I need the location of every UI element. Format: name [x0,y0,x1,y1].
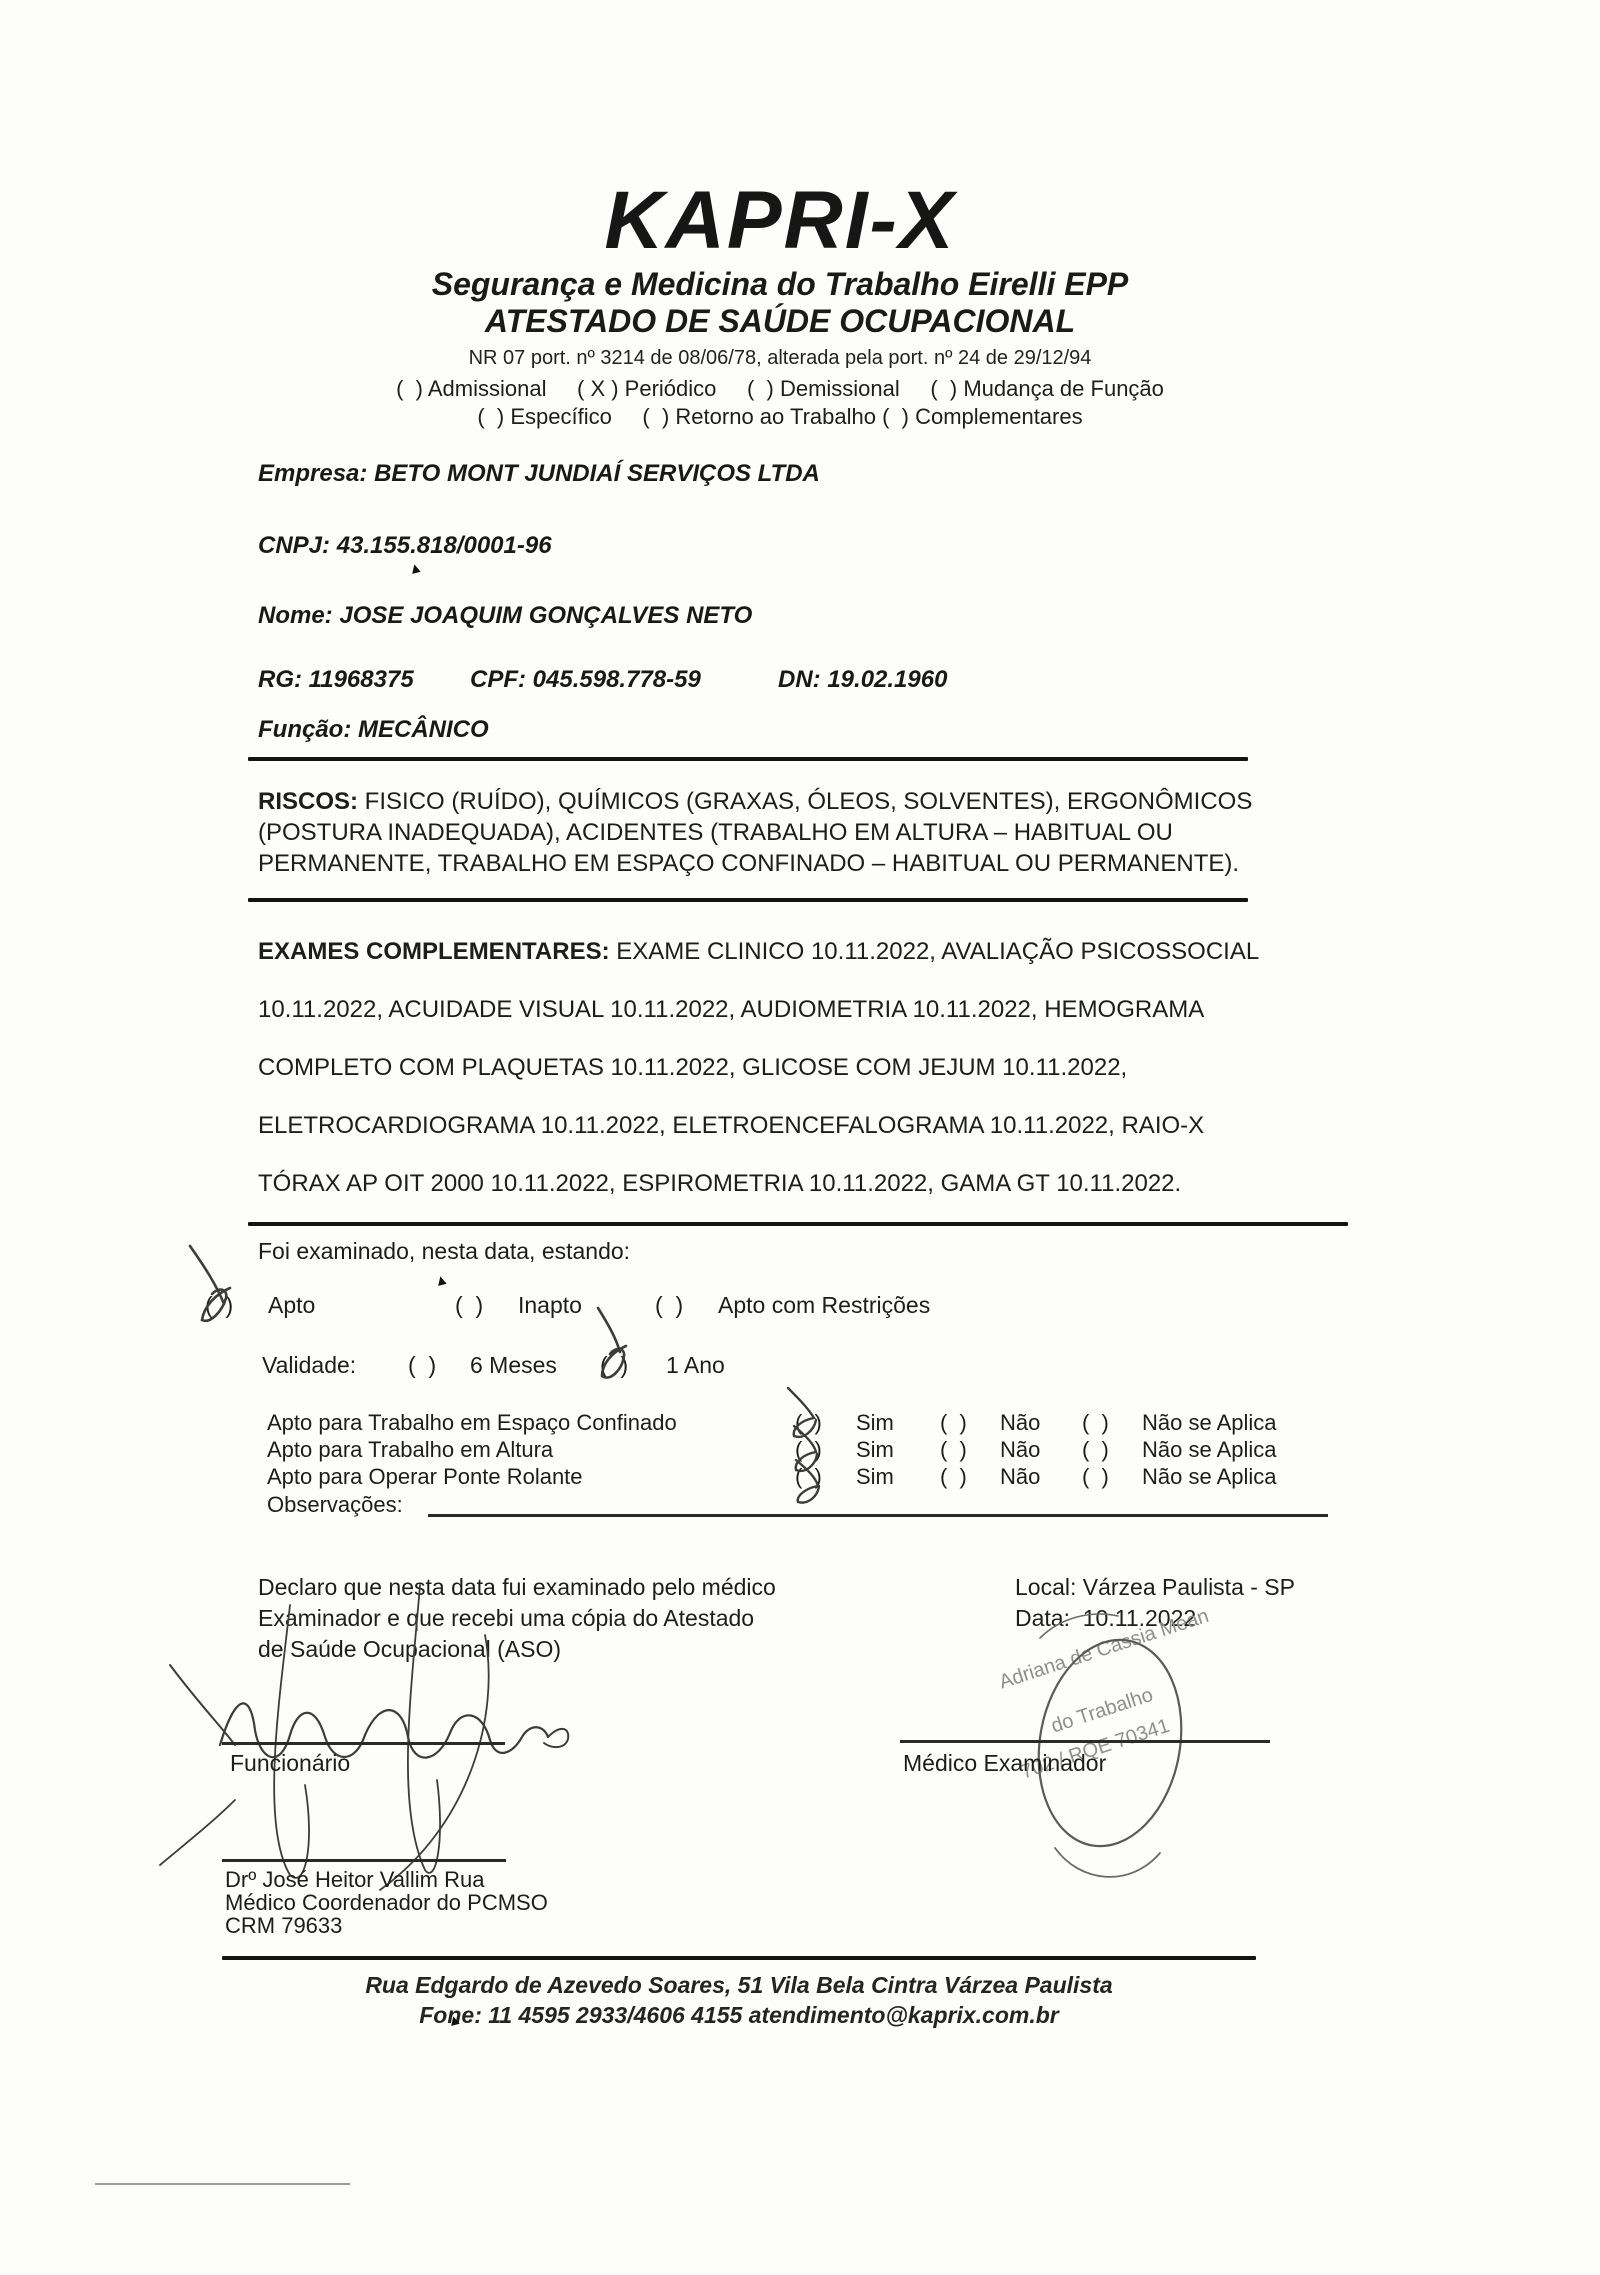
aptitude-row-label: Apto para Operar Ponte Rolante [267,1464,583,1490]
checkbox-nao-2: ( ) [940,1437,967,1463]
coordenador-nome: Drº José Heitor Vallim Rua [225,1868,484,1891]
checkbox-6meses: ( ) [408,1352,436,1379]
coordenador-crm: CRM 79633 [225,1914,342,1937]
field-nome: Nome: JOSE JOAQUIM GONÇALVES NETO [258,602,752,630]
label-1ano: 1 Ano [666,1352,725,1379]
empresa-label: Empresa: [258,460,367,487]
field-dn: DN: 19.02.1960 [778,666,947,694]
exames-line-2: 10.11.2022, ACUIDADE VISUAL 10.11.2022, … [258,996,1204,1024]
handwritten-check-1ano [588,1306,648,1386]
nome-value: JOSE JOAQUIM GONÇALVES NETO [339,602,752,629]
coordenador-cargo: Médico Coordenador do PCMSO [225,1891,548,1914]
field-cpf: CPF: 045.598.778-59 [470,666,701,694]
field-empresa: Empresa: BETO MONT JUNDIAÍ SERVIÇOS LTDA [258,460,820,488]
aptitude-row-label: Apto para Trabalho em Altura [267,1437,553,1463]
rg-value: 11968375 [309,666,414,693]
label-nao-3: Não [1000,1464,1040,1490]
exames-line-3: COMPLETO COM PLAQUETAS 10.11.2022, GLICO… [258,1054,1127,1082]
divider-rule [248,757,1248,761]
document-title: ATESTADO DE SAÚDE OCUPACIONAL [180,303,1380,340]
handwritten-check-apto [186,1242,256,1328]
exames-line-4: ELETROCARDIOGRAMA 10.11.2022, ELETROENCE… [258,1112,1204,1140]
footer-phone: Fone: 11 4595 2933/4606 4155 atendimento… [222,2002,1256,2029]
cpf-label: CPF: [470,666,526,693]
empresa-value: BETO MONT JUNDIAÍ SERVIÇOS LTDA [374,460,820,487]
field-cnpj: CNPJ: 43.155.818/0001-96 [258,532,552,560]
header-subtitle: Segurança e Medicina do Trabalho Eirelli… [180,266,1380,303]
label-sim-3: Sim [856,1464,894,1490]
label-nsa-2: Não se Aplica [1142,1437,1277,1463]
field-funcao: Função: MECÂNICO [258,716,489,744]
label-nao-1: Não [1000,1410,1040,1436]
riscos-text: FISICO (RUÍDO), QUÍMICOS (GRAXAS, ÓLEOS,… [258,788,1252,877]
funcionario-signature-line [222,1742,505,1745]
field-rg: RG: 11968375 [258,666,414,694]
scanned-aso-document: KAPRI-X Segurança e Medicina do Trabalho… [0,0,1600,2275]
label-apto-restricoes: Apto com Restrições [718,1292,930,1319]
riscos-paragraph: RISCOS: FISICO (RUÍDO), QUÍMICOS (GRAXAS… [258,786,1278,879]
label-nsa-3: Não se Aplica [1142,1464,1277,1490]
rg-label: RG: [258,666,302,693]
label-apto: Apto [268,1292,315,1319]
checkbox-inapto: ( ) [455,1292,483,1319]
checkbox-nsa-1: ( ) [1082,1410,1109,1436]
funcionario-label: Funcionário [230,1750,350,1777]
result-intro: Foi examinado, nesta data, estando: [258,1238,630,1265]
dn-value: 19.02.1960 [827,666,947,693]
checkbox-nao-1: ( ) [940,1410,967,1436]
funcao-label: Função: [258,716,351,743]
label-sim-2: Sim [856,1437,894,1463]
exam-type-options-line1: ( ) Admissional ( X ) Periódico ( ) Demi… [180,376,1380,402]
local-value: Várzea Paulista - SP [1083,1574,1295,1600]
observacoes-label: Observações: [267,1492,403,1518]
cpf-value: 045.598.778-59 [533,666,701,693]
label-sim-1: Sim [856,1410,894,1436]
handwritten-check-sim-rows [780,1386,842,1506]
funcionario-signature [140,1545,620,1905]
norm-reference: NR 07 port. nº 3214 de 08/06/78, alterad… [180,347,1380,370]
checkbox-nsa-3: ( ) [1082,1464,1109,1490]
observacoes-blank-line [428,1514,1328,1517]
dn-label: DN: [778,666,821,693]
cnpj-value: 43.155.818/0001-96 [337,532,552,559]
cursor-artifact: ▲ [406,558,425,578]
label-6meses: 6 Meses [470,1352,557,1379]
medico-signature-line [900,1740,1270,1743]
checkbox-nsa-2: ( ) [1082,1437,1109,1463]
cnpj-label: CNPJ: [258,532,330,559]
footer-rule [222,1956,1256,1960]
exames-label: EXAMES COMPLEMENTARES: [258,938,610,965]
footer-address: Rua Edgardo de Azevedo Soares, 51 Vila B… [222,1972,1256,1999]
scan-artifact-line [95,2183,350,2185]
exam-type-options-line2: ( ) Específico ( ) Retorno ao Trabalho (… [180,404,1380,430]
funcao-value: MECÂNICO [358,716,489,743]
medico-signature [960,1598,1280,1898]
medico-label: Médico Examinador [903,1750,1106,1777]
nome-label: Nome: [258,602,333,629]
divider-rule [248,1222,1348,1226]
riscos-label: RISCOS: [258,788,358,815]
label-inapto: Inapto [518,1292,582,1319]
coordenador-signature-line [222,1859,506,1862]
exames-text-1: EXAME CLINICO 10.11.2022, AVALIAÇÃO PSIC… [610,938,1260,965]
aptitude-row-label: Apto para Trabalho em Espaço Confinado [267,1410,677,1436]
checkbox-nao-3: ( ) [940,1464,967,1490]
company-logo-text: KAPRI-X [180,174,1380,268]
label-nao-2: Não [1000,1437,1040,1463]
label-nsa-1: Não se Aplica [1142,1410,1277,1436]
cursor-artifact: ▲ [432,1270,451,1290]
local-label: Local: [1015,1574,1076,1600]
exames-line-5: TÓRAX AP OIT 2000 10.11.2022, ESPIROMETR… [258,1170,1181,1198]
exames-line-1: EXAMES COMPLEMENTARES: EXAME CLINICO 10.… [258,938,1259,966]
divider-rule [248,898,1248,902]
checkbox-apto-restricoes: ( ) [655,1292,683,1319]
validade-label: Validade: [262,1352,356,1379]
